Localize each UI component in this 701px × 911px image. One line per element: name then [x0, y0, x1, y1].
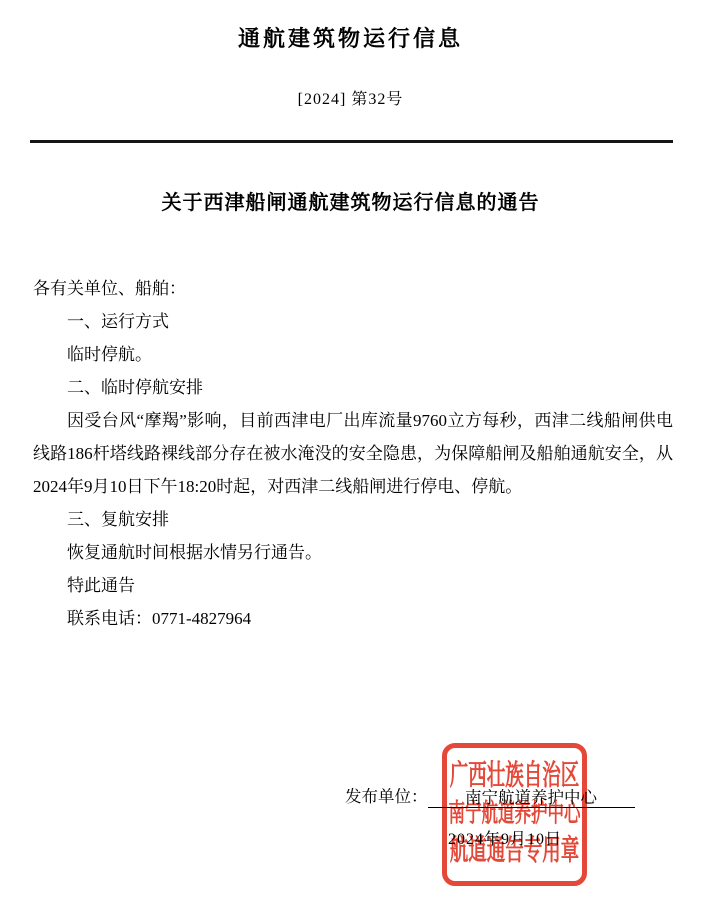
section-2-text: 因受台风“摩羯”影响，目前西津电厂出库流量9760立方每秒，西津二线船闸供电线路…	[33, 404, 673, 503]
document-number: [2024] 第32号	[0, 86, 701, 109]
salutation: 各有关单位、船舶：	[33, 272, 673, 305]
section-1-text: 临时停航。	[33, 338, 673, 371]
contact-phone: 联系电话：0771-4827964	[33, 602, 673, 635]
notice-document-page: 通航建筑物运行信息 [2024] 第32号 关于西津船闸通航建筑物运行信息的通告…	[0, 0, 701, 911]
publisher-row: 发布单位：南宁航道养护中心	[345, 786, 635, 808]
publisher-label: 发布单位：	[345, 787, 428, 806]
section-2-heading: 二、临时停航安排	[33, 371, 673, 404]
notice-body: 各有关单位、船舶： 一、运行方式 临时停航。 二、临时停航安排 因受台风“摩羯”…	[33, 272, 673, 635]
official-seal-stamp: 广西壮族自治区 南宁航道养护中心 航道通告专用章	[442, 743, 587, 886]
section-3-text: 恢复通航时间根据水情另行通告。	[33, 536, 673, 569]
issue-date: 2024年9月10日	[448, 826, 562, 849]
notice-heading: 关于西津船闸通航建筑物运行信息的通告	[0, 186, 701, 215]
section-1-heading: 一、运行方式	[33, 305, 673, 338]
section-3-heading: 三、复航安排	[33, 503, 673, 536]
closing-phrase: 特此通告	[33, 569, 673, 602]
header-divider-line	[30, 140, 673, 143]
publisher-value: 南宁航道养护中心	[428, 787, 635, 808]
document-title: 通航建筑物运行信息	[0, 22, 701, 53]
